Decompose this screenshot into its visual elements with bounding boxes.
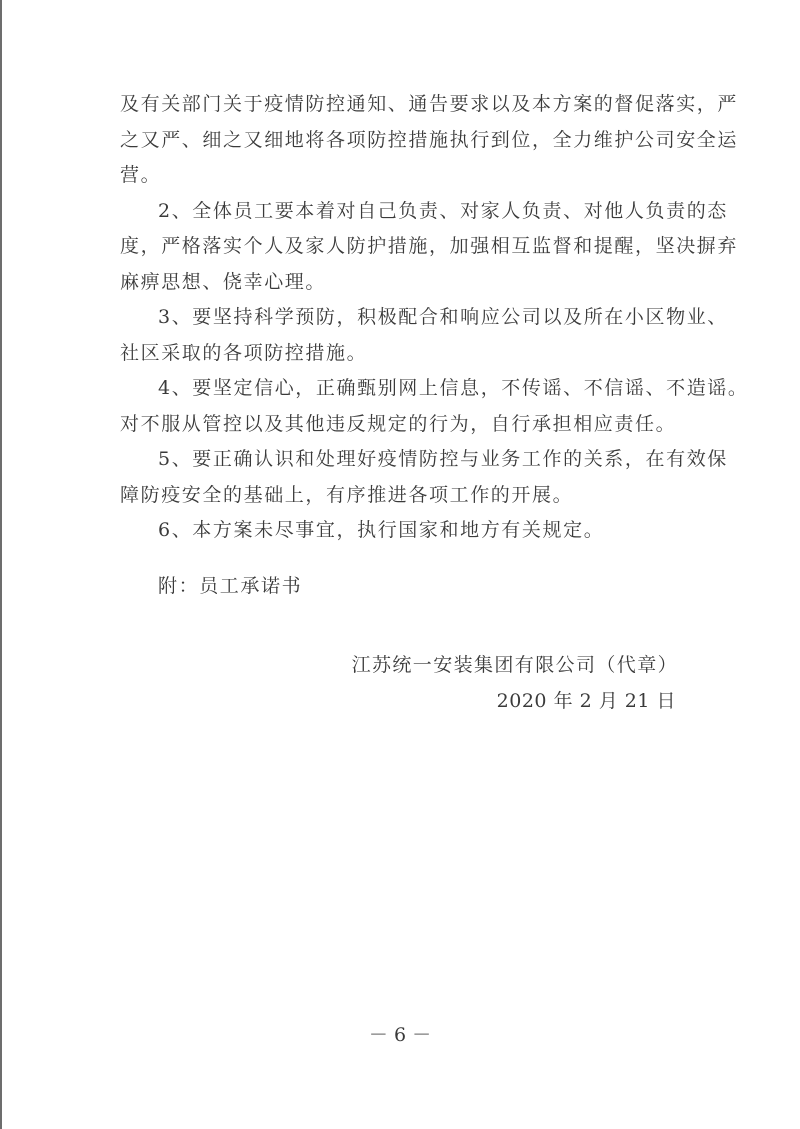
paragraph-line: 之又严、细之又细地将各项防控措施执行到位，全力维护公司安全运 — [120, 130, 685, 166]
paragraph-line: 麻痹思想、侥幸心理。 — [120, 272, 685, 308]
paragraph-line: 5、要正确认识和处理好疫情防控与业务工作的关系，在有效保 — [120, 449, 685, 485]
page-left-border — [0, 0, 2, 1129]
company-signature: 江苏统一安装集团有限公司（代章） — [352, 650, 678, 677]
attachment-note: 附：员工承诺书 — [158, 571, 302, 598]
paragraph-line: 度，严格落实个人及家人防护措施，加强相互监督和提醒，坚决摒弃 — [120, 236, 685, 272]
paragraph-line: 3、要坚持科学预防，积极配合和响应公司以及所在小区物业、 — [120, 307, 685, 343]
paragraph-line: 2、全体员工要本着对自己负责、对家人负责、对他人负责的态 — [120, 201, 685, 237]
paragraph-line: 障防疫安全的基础上，有序推进各项工作的开展。 — [120, 485, 685, 521]
paragraph-line: 4、要坚定信心，正确甄别网上信息，不传谣、不信谣、不造谣。 — [120, 378, 685, 414]
signature-date: 2020 年 2 月 21 日 — [497, 686, 676, 713]
paragraph-line: 对不服从管控以及其他违反规定的行为，自行承担相应责任。 — [120, 414, 685, 450]
paragraph-line: 6、本方案未尽事宜，执行国家和地方有关规定。 — [120, 520, 685, 556]
paragraph-line: 营。 — [120, 165, 685, 201]
document-body: 及有关部门关于疫情防控通知、通告要求以及本方案的督促落实，严 之又严、细之又细地… — [120, 94, 685, 556]
paragraph-line: 及有关部门关于疫情防控通知、通告要求以及本方案的督促落实，严 — [120, 94, 685, 130]
paragraph-line: 社区采取的各项防控措施。 — [120, 343, 685, 379]
page-number: － 6 － — [0, 1020, 800, 1047]
